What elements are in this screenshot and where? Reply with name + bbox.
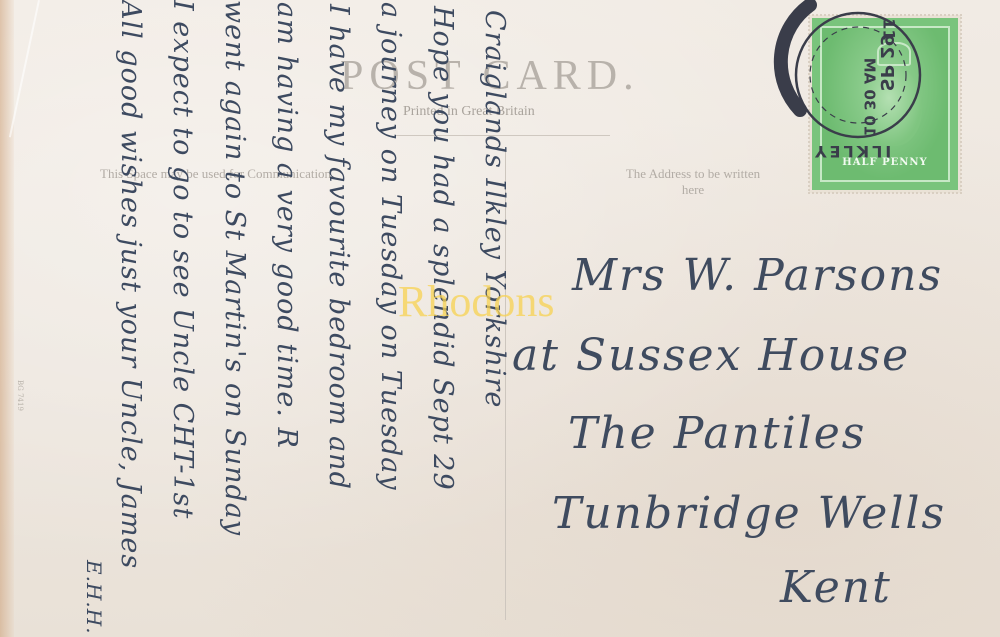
message-line: I have my favourite bedroom and [323, 4, 354, 490]
postcard: POST CARD. Printed in Great Britain This… [0, 0, 1000, 637]
address-line-name: Mrs W. Parsons [572, 250, 943, 301]
message-line: am having a very good time. R [271, 2, 302, 449]
message-line: Craiglands Ilkley Yorkshire [479, 10, 510, 408]
address-line-county: Kent [780, 562, 892, 613]
address-line-house: at Sussex House [512, 330, 910, 381]
publisher-code: BG 7419 [16, 380, 24, 411]
message-line: Hope you had a splendid Sept 29 [427, 6, 458, 491]
watermark: Rhodons [398, 276, 554, 327]
address-label: The Address to be written here [588, 166, 798, 198]
address-label-line1: The Address to be written [588, 166, 798, 182]
message-line: All good wishes just your Uncle, James [115, 0, 146, 569]
message-line: I expect to go to see Uncle CHT-1st [167, 0, 198, 519]
message-line: went again to St Martin's on Sunday [219, 0, 250, 536]
message-signature: E.H.H. [82, 560, 106, 635]
address-line-town: Tunbridge Wells [552, 488, 946, 539]
postmark-date: SP 29 [876, 34, 897, 91]
address-line-street: The Pantiles [568, 408, 866, 459]
message-line: a journey on Tuesday on Tuesday [375, 2, 406, 491]
postmark-time: 10 30 AM [860, 58, 878, 137]
address-label-line2: here [588, 182, 798, 198]
postmark-town: ILKLEY [812, 142, 891, 161]
edge-stain [0, 0, 14, 637]
